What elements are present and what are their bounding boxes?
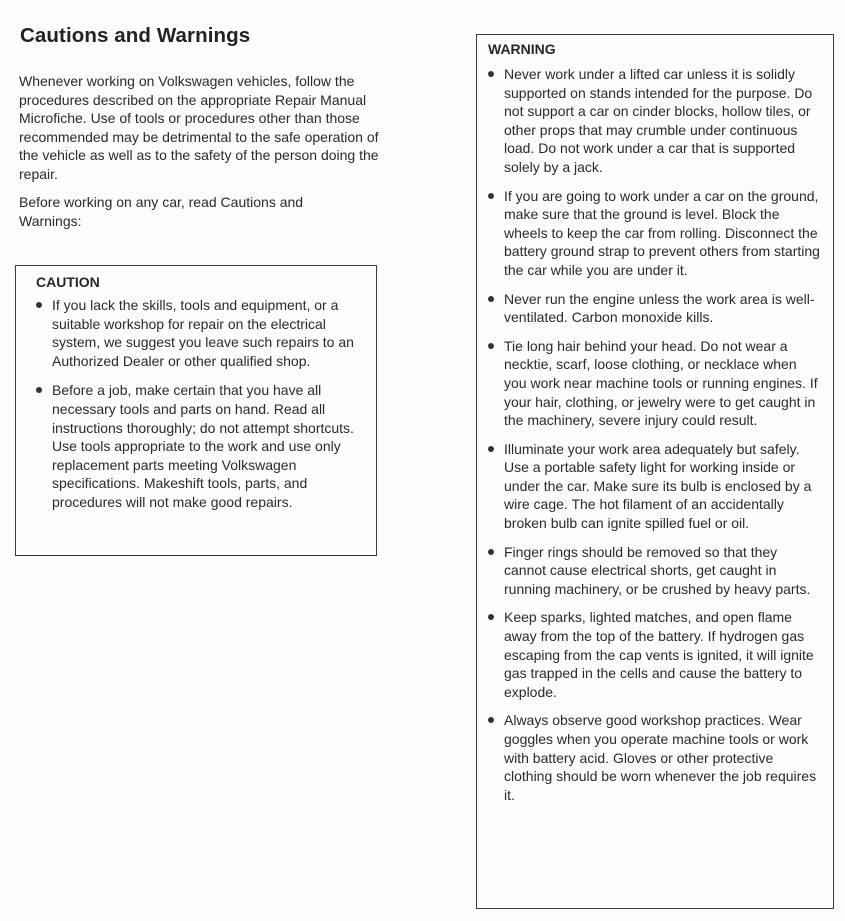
- warning-item-text: If you are going to work under a car on …: [504, 188, 820, 278]
- bullet-icon: [488, 614, 494, 620]
- warning-item: Tie long hair behind your head. Do not w…: [488, 337, 823, 430]
- caution-list: If you lack the skills, tools and equipm…: [36, 296, 362, 512]
- warning-item-text: Never work under a lifted car unless it …: [504, 66, 812, 175]
- warning-item: If you are going to work under a car on …: [488, 187, 823, 280]
- warning-item-text: Illuminate your work area adequately but…: [504, 441, 811, 531]
- caution-item: If you lack the skills, tools and equipm…: [36, 296, 362, 370]
- page-title: Cautions and Warnings: [20, 24, 250, 48]
- bullet-icon: [488, 193, 494, 199]
- bullet-icon: [36, 302, 42, 308]
- intro-paragraph: Whenever working on Volkswagen vehicles,…: [19, 72, 379, 184]
- caution-item-text: If you lack the skills, tools and equipm…: [52, 297, 354, 369]
- caution-title: CAUTION: [36, 274, 362, 290]
- warning-item: Always observe good workshop practices. …: [488, 711, 823, 804]
- bullet-icon: [488, 71, 494, 77]
- warning-item: Never run the engine unless the work are…: [488, 290, 823, 327]
- instruction-paragraph: Before working on any car, read Cautions…: [19, 193, 359, 230]
- bullet-icon: [488, 446, 494, 452]
- caution-box: CAUTION If you lack the skills, tools an…: [15, 265, 377, 556]
- bullet-icon: [488, 717, 494, 723]
- warning-item-text: Never run the engine unless the work are…: [504, 291, 815, 326]
- warning-list: Never work under a lifted car unless it …: [488, 65, 823, 804]
- warning-box: WARNING Never work under a lifted car un…: [476, 34, 834, 909]
- bullet-icon: [488, 343, 494, 349]
- bullet-icon: [488, 549, 494, 555]
- warning-title: WARNING: [488, 41, 823, 57]
- warning-item: Illuminate your work area adequately but…: [488, 440, 823, 533]
- caution-item: Before a job, make certain that you have…: [36, 381, 362, 511]
- warning-item: Keep sparks, lighted matches, and open f…: [488, 608, 823, 701]
- warning-item-text: Keep sparks, lighted matches, and open f…: [504, 609, 814, 699]
- warning-item-text: Always observe good workshop practices. …: [504, 712, 816, 802]
- warning-item-text: Tie long hair behind your head. Do not w…: [504, 338, 818, 428]
- bullet-icon: [488, 296, 494, 302]
- caution-item-text: Before a job, make certain that you have…: [52, 382, 354, 510]
- bullet-icon: [36, 387, 42, 393]
- warning-item: Never work under a lifted car unless it …: [488, 65, 823, 177]
- warning-item: Finger rings should be removed so that t…: [488, 543, 823, 599]
- warning-item-text: Finger rings should be removed so that t…: [504, 544, 810, 597]
